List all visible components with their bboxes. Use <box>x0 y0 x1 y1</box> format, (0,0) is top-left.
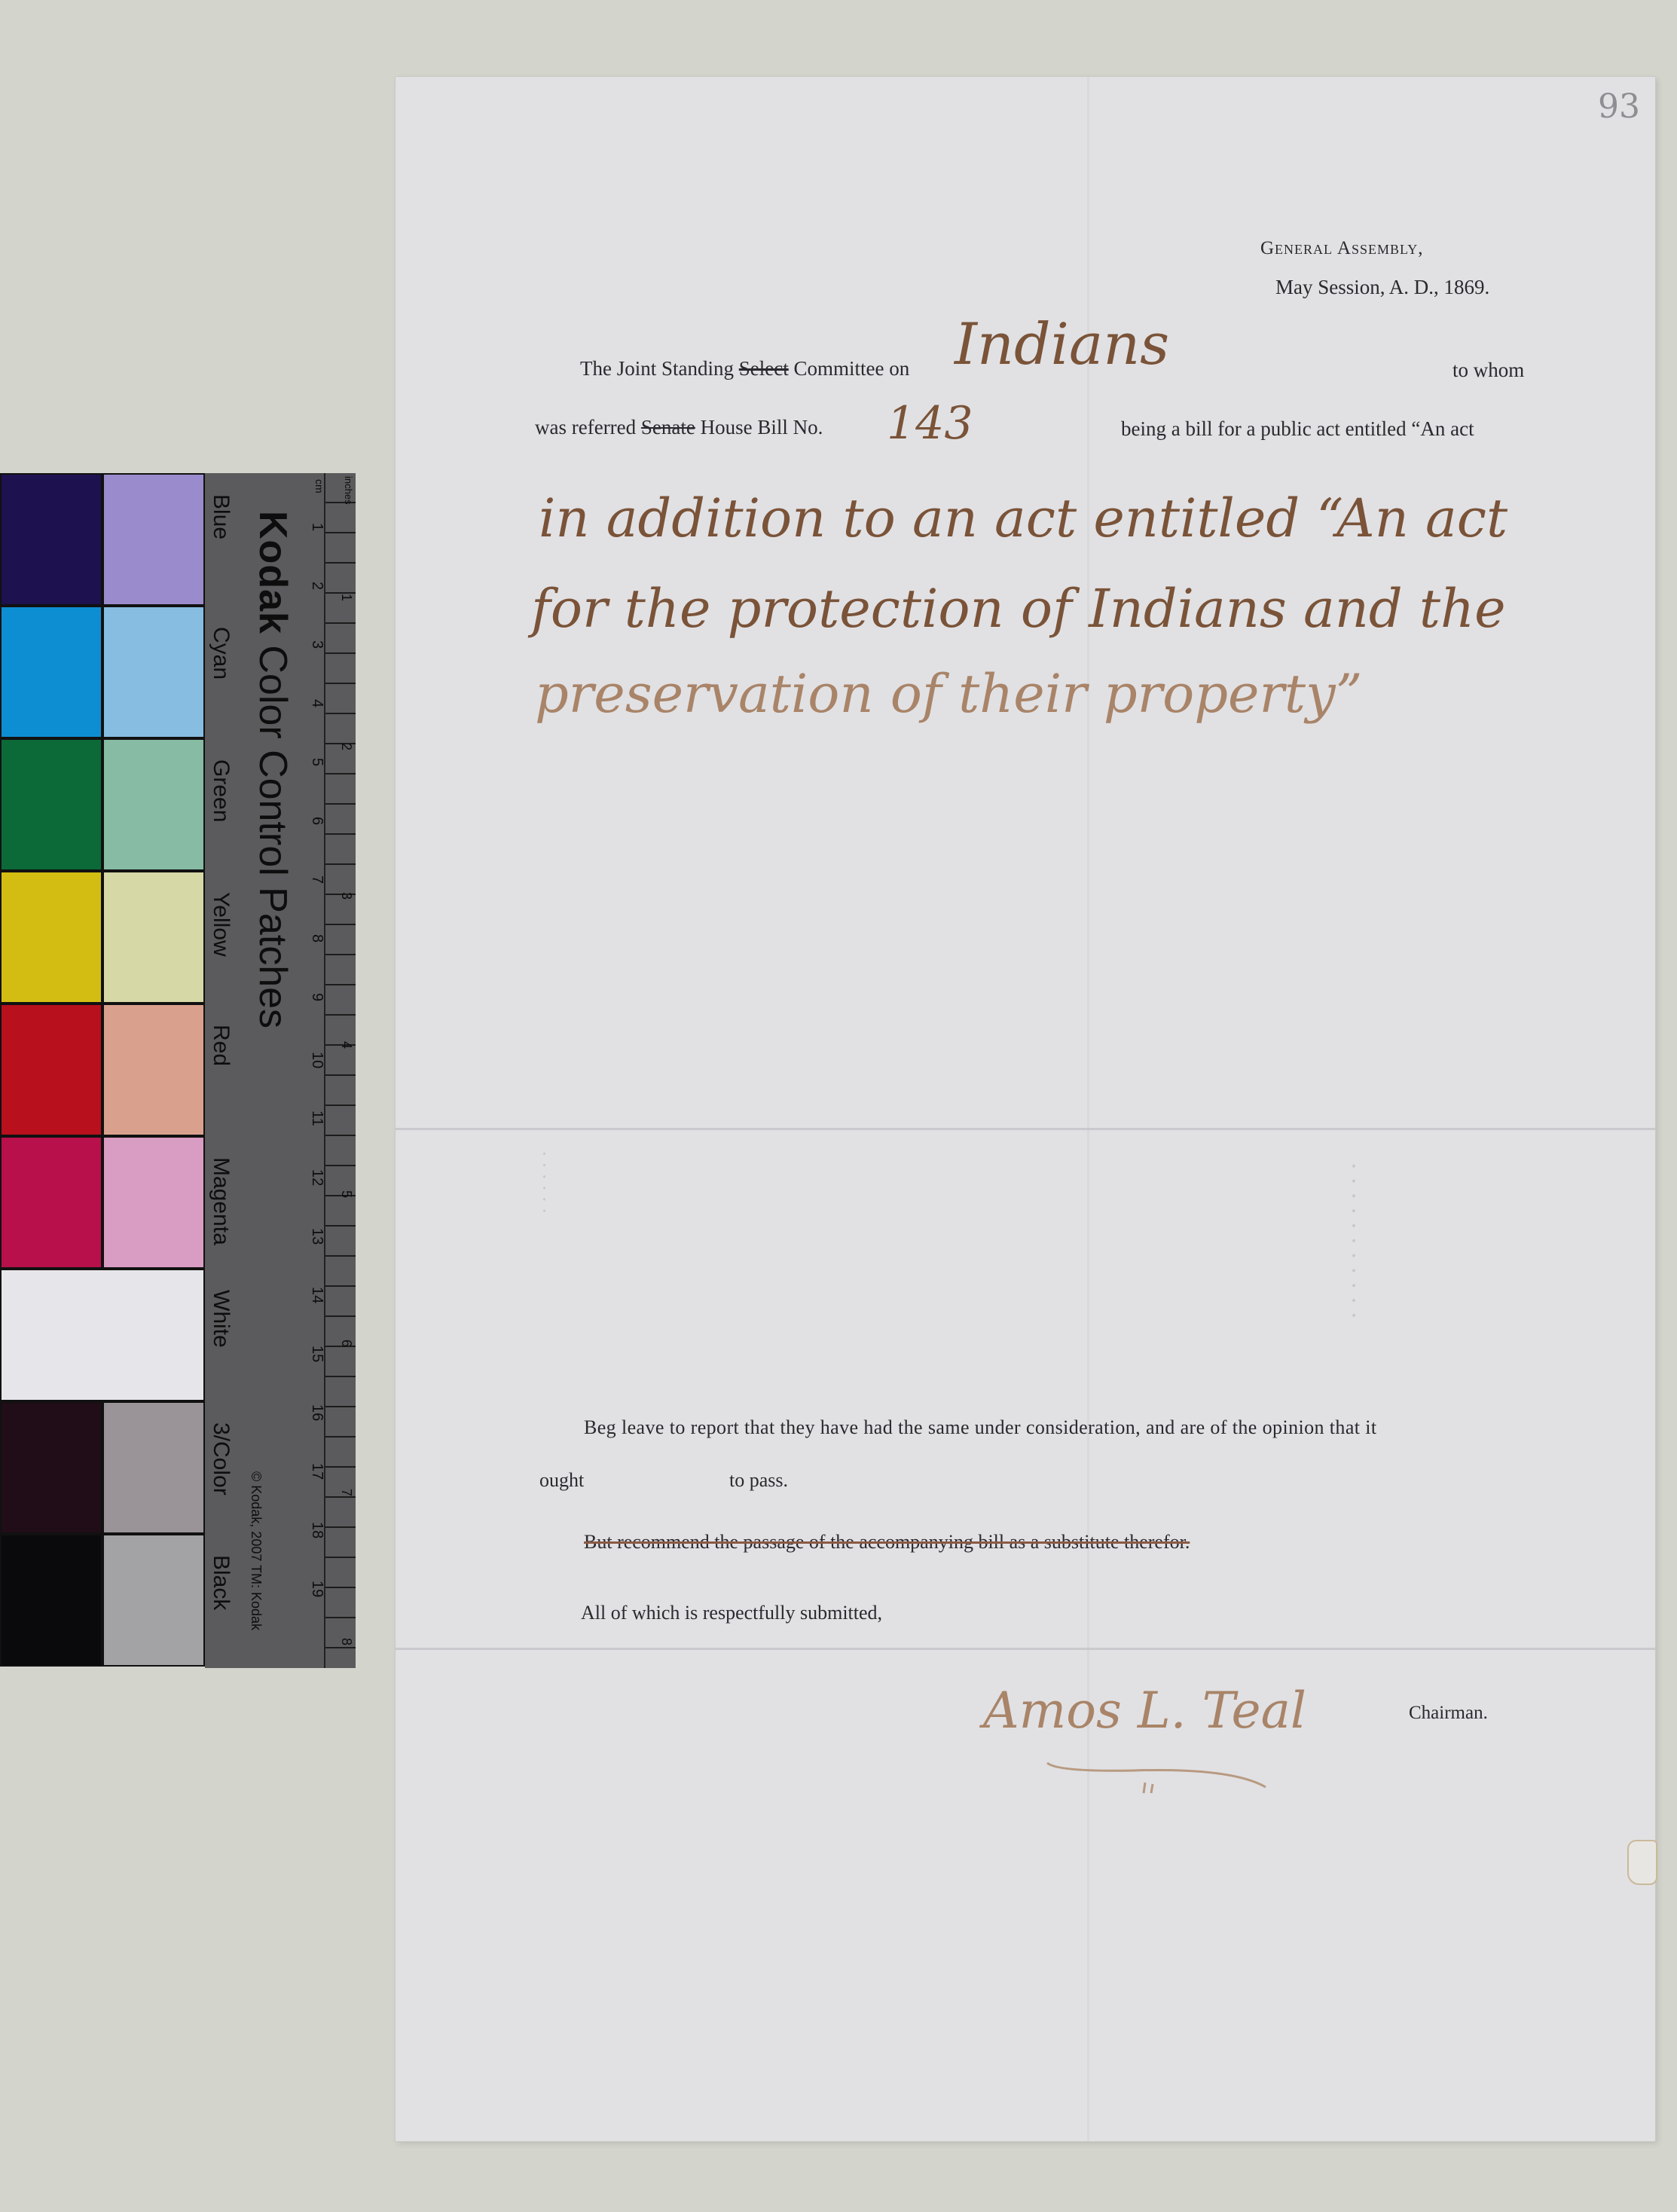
patch-cyan-dark <box>0 606 102 738</box>
cm-tick-label: 17 <box>308 1463 325 1480</box>
paper-tear <box>1627 1840 1657 1885</box>
cm-tick-label: 15 <box>308 1346 325 1362</box>
patch-yellow-light <box>102 871 205 1004</box>
header-general-assembly: General Assembly, <box>1260 238 1423 259</box>
patch-3-color-dark <box>0 1401 102 1534</box>
cm-tick-label: 11 <box>308 1111 325 1126</box>
fold-line <box>396 1128 1655 1130</box>
kodak-title: Kodak Color Control Patches <box>250 511 295 1028</box>
bleed-through-text: · · · · · · · · · · · <box>1339 1162 1367 1320</box>
patch-label: Blue <box>208 494 234 539</box>
header-session-date: May Session, A. D., 1869. <box>1275 276 1489 299</box>
patch-blue-light <box>102 473 205 606</box>
patch-red-dark <box>0 1004 102 1136</box>
patch-magenta-dark <box>0 1136 102 1269</box>
cm-tick-label: 19 <box>308 1581 325 1597</box>
cm-tick-label: 8 <box>308 934 325 943</box>
handwritten-act-title-line-1: in addition to an act entitled “An act <box>539 487 1507 549</box>
inch-tick-label: 5 <box>338 1190 354 1198</box>
cm-tick-label: 9 <box>308 993 325 1001</box>
handwritten-act-title-line-3: preservation of their property” <box>535 663 1362 725</box>
cm-tick-label: 5 <box>308 758 325 766</box>
patch-green-light <box>102 738 205 871</box>
patch-label: White <box>208 1290 234 1348</box>
patch-label: Green <box>208 759 234 822</box>
patch-label: Black <box>208 1555 234 1610</box>
cm-tick-label: 2 <box>308 582 325 590</box>
patch-yellow-dark <box>0 871 102 1004</box>
closing-line: All of which is respectfully submitted, <box>581 1602 882 1624</box>
kodak-copyright: © Kodak, 2007 TM: Kodak <box>248 1471 264 1630</box>
bill-line: was referred Senate House Bill No. <box>535 416 823 439</box>
inch-tick-label: 2 <box>338 743 354 750</box>
handwritten-committee-name: Indians <box>955 310 1169 377</box>
inch-tick-label: 6 <box>338 1340 354 1347</box>
patch-label: 3/Color <box>208 1422 234 1496</box>
fold-line <box>396 1648 1655 1650</box>
page-number: 93 <box>1598 87 1640 126</box>
struck-word-senate: Senate <box>641 416 695 438</box>
patch-blue-dark <box>0 473 102 606</box>
committee-line: The Joint Standing Select Committee on <box>580 357 909 380</box>
kodak-color-control-target: Kodak Color Control Patches © Kodak, 200… <box>0 473 360 1668</box>
bleed-through-text: · · · · · · <box>533 1150 555 1214</box>
document-page: · · · · · · · · · · · · · · · · · 93 Gen… <box>396 77 1655 2141</box>
handwritten-act-title-line-2: for the protection of Indians and the <box>531 578 1506 640</box>
bill-description-text: being a bill for a public act entitled “… <box>1121 417 1474 441</box>
handwritten-bill-number: 143 <box>887 397 973 450</box>
patch-magenta-light <box>102 1136 205 1269</box>
cm-tick-label: 16 <box>308 1404 325 1421</box>
inch-tick-label: 1 <box>338 594 354 601</box>
cm-tick-label: 4 <box>308 699 325 707</box>
patch-label: Cyan <box>208 627 234 680</box>
patch-3-color-light <box>102 1401 205 1534</box>
patch-label: Magenta <box>208 1157 234 1245</box>
to-whom-text: to whom <box>1452 359 1524 382</box>
cm-tick-label: 3 <box>308 640 325 649</box>
patch-cyan-light <box>102 606 205 738</box>
cm-tick-label: 14 <box>308 1287 325 1303</box>
cm-tick-label: 12 <box>308 1169 325 1186</box>
patch-white <box>0 1269 205 1401</box>
cm-tick-label: 10 <box>308 1052 325 1068</box>
cm-unit-label: cm <box>313 479 325 493</box>
patch-green-dark <box>0 738 102 871</box>
patch-black-dark <box>0 1534 102 1667</box>
inch-tick-label: 8 <box>338 1638 354 1645</box>
fold-line <box>1087 77 1089 2141</box>
inches-unit-label: inches <box>343 476 354 505</box>
signature-flourish <box>1043 1755 1269 1801</box>
cm-tick-label: 18 <box>308 1522 325 1538</box>
inch-tick-label: 4 <box>338 1041 354 1049</box>
chairman-label: Chairman. <box>1409 1703 1488 1724</box>
chairman-signature: Amos L. Teal <box>983 1682 1306 1740</box>
cm-tick-label: 13 <box>308 1228 325 1245</box>
inch-tick-label: 3 <box>338 892 354 900</box>
report-statement: Beg leave to report that they have had t… <box>584 1416 1377 1439</box>
patch-label: Yellow <box>208 892 234 957</box>
struck-substitute-line: But recommend the passage of the accompa… <box>584 1531 1190 1554</box>
to-pass-text: to pass. <box>729 1469 788 1492</box>
patch-black-light <box>102 1534 205 1667</box>
cm-tick-label: 7 <box>308 875 325 884</box>
cm-tick-label: 1 <box>308 523 325 531</box>
patch-label: Red <box>208 1025 234 1066</box>
inch-tick-label: 7 <box>338 1489 354 1496</box>
struck-word-select: Select <box>739 357 789 380</box>
patch-red-light <box>102 1004 205 1136</box>
ought-text: ought <box>539 1469 584 1492</box>
cm-tick-label: 6 <box>308 817 325 825</box>
